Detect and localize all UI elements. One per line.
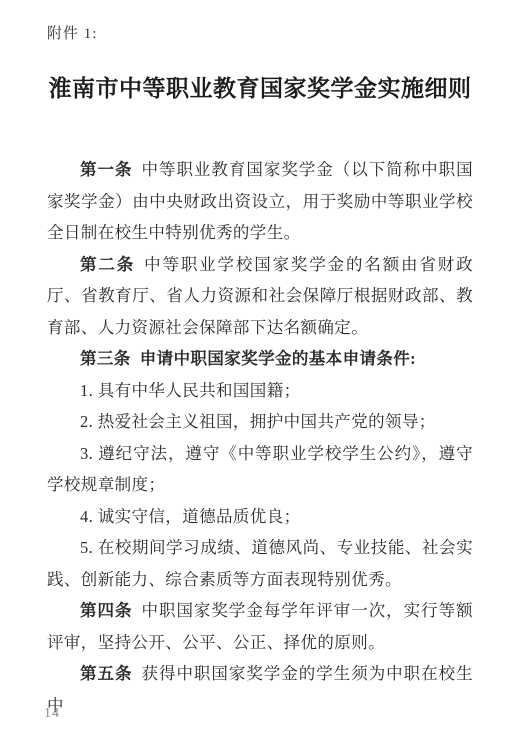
article-4-lead: 第四条 (80, 601, 132, 620)
document-body: 第一条中等职业教育国家奖学金（以下简称中职国家奖学金）由中央财政出资设立，用于奖… (47, 154, 473, 721)
condition-item-1-text: 1. 具有中华人民共和国国籍； (80, 381, 301, 400)
condition-item-3-text: 3. 遵纪守法，遵守《中等职业学校学生公约》，遵守学校规章制度； (47, 444, 473, 495)
article-1-paragraph: 第一条中等职业教育国家奖学金（以下简称中职国家奖学金）由中央财政出资设立，用于奖… (47, 154, 473, 249)
document-page: 附件 1: 淮南市中等职业教育国家奖学金实施细则 第一条中等职业教育国家奖学金（… (0, 0, 520, 752)
article-2-paragraph: 第二条中等职业学校国家奖学金的名额由省财政厅、省教育厅、省人力资源和社会保障厅根… (47, 249, 473, 344)
article-3-paragraph: 第三条申请中职国家奖学金的基本申请条件: (47, 343, 473, 375)
condition-item-1: 1. 具有中华人民共和国国籍； (47, 375, 473, 407)
document-title: 淮南市中等职业教育国家奖学金实施细则 (0, 70, 520, 103)
page-number: 14 (44, 706, 60, 722)
article-1-lead: 第一条 (80, 160, 132, 179)
condition-item-3: 3. 遵纪守法，遵守《中等职业学校学生公约》，遵守学校规章制度； (47, 438, 473, 501)
article-3-text: 申请中职国家奖学金的基本申请条件: (140, 349, 416, 368)
condition-item-2: 2. 热爱社会主义祖国，拥护中国共产党的领导； (47, 406, 473, 438)
article-3-lead: 第三条 (80, 349, 131, 368)
article-5-paragraph: 第五条获得中职国家奖学金的学生须为中职在校生中 (47, 658, 473, 721)
condition-item-4-text: 4. 诚实守信，道德品质优良； (80, 507, 301, 526)
condition-item-2-text: 2. 热爱社会主义祖国，拥护中国共产党的领导； (80, 412, 436, 431)
attachment-label: 附件 1: (47, 22, 97, 43)
condition-item-4: 4. 诚实守信，道德品质优良； (47, 501, 473, 533)
article-4-paragraph: 第四条中职国家奖学金每学年评审一次，实行等额评审，坚持公开、公平、公正、择优的原… (47, 595, 473, 658)
article-5-lead: 第五条 (80, 664, 132, 683)
condition-item-5: 5. 在校期间学习成绩、道德风尚、专业技能、社会实践、创新能力、综合素质等方面表… (47, 532, 473, 595)
article-2-lead: 第二条 (80, 255, 135, 274)
condition-item-5-text: 5. 在校期间学习成绩、道德风尚、专业技能、社会实践、创新能力、综合素质等方面表… (47, 538, 473, 589)
